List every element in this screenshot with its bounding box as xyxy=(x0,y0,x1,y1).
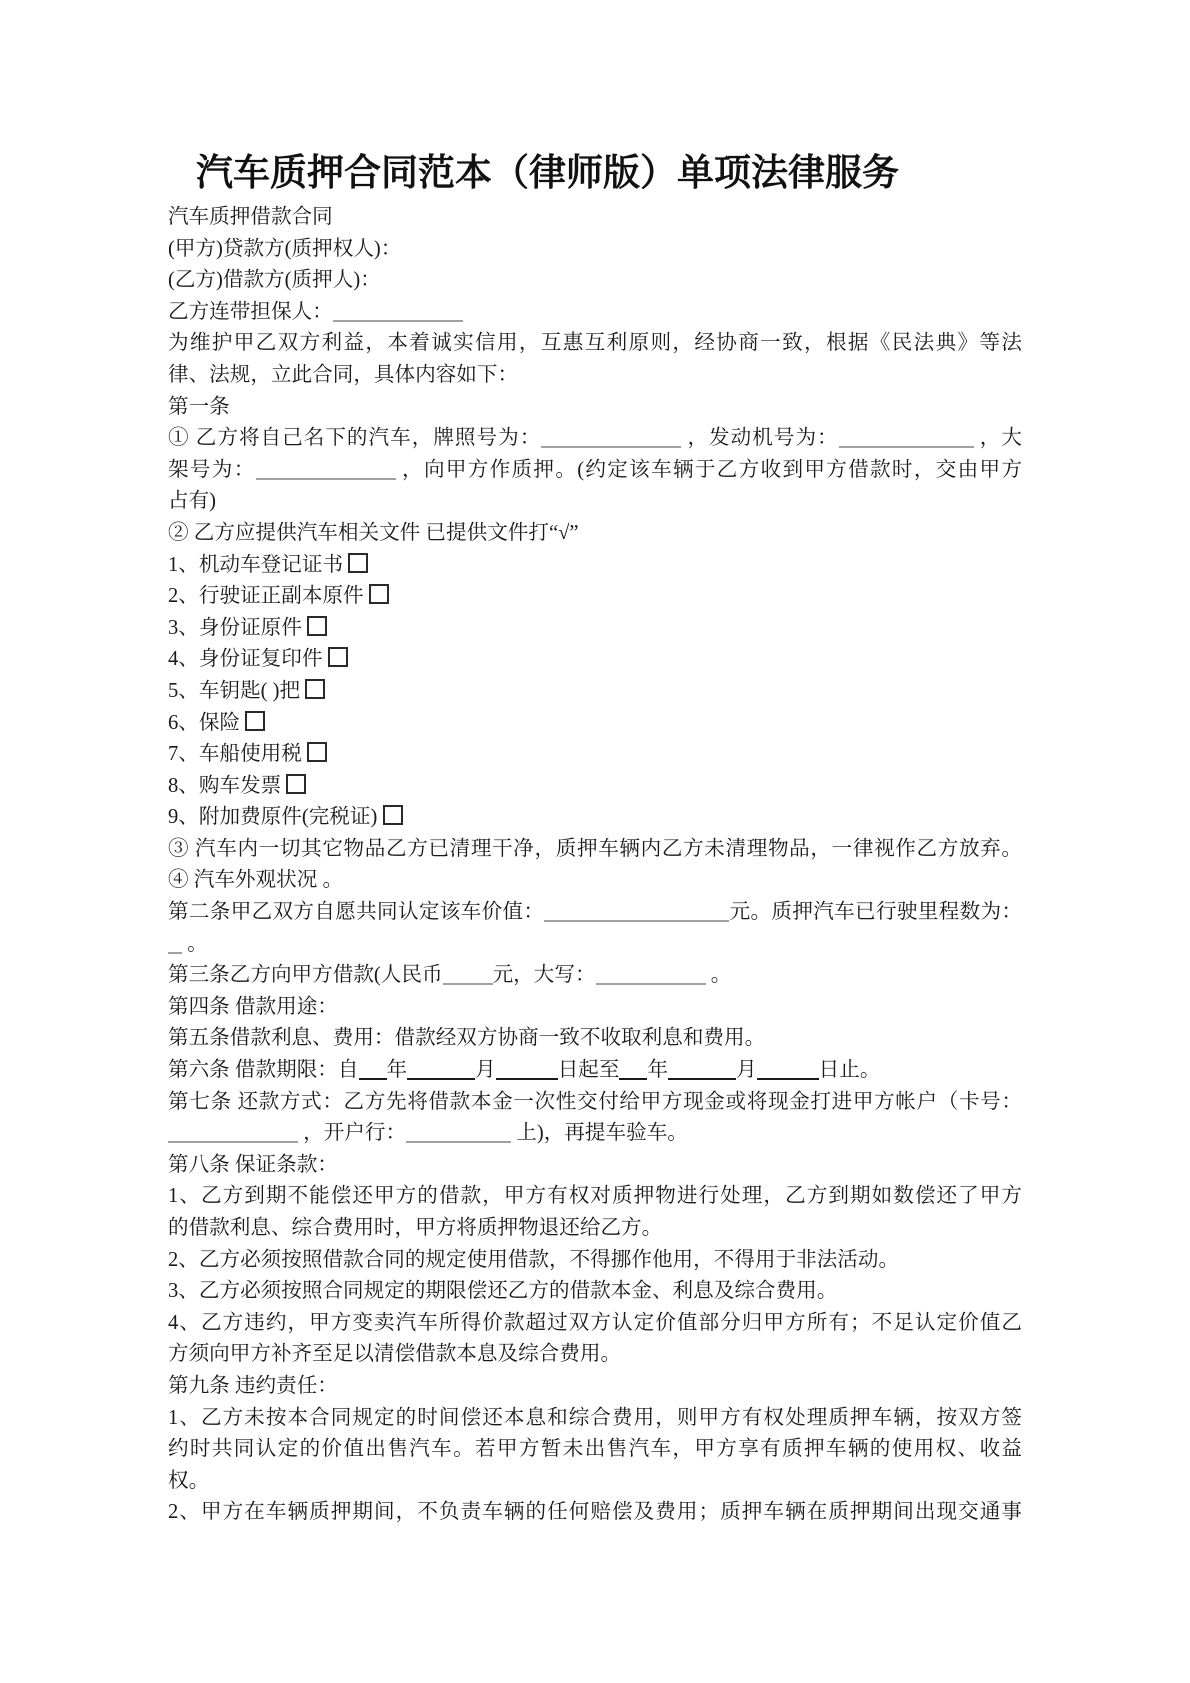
blank-field xyxy=(359,1078,387,1080)
document-line: 第九条 违约责任： xyxy=(168,1371,1022,1403)
document-line: 1、乙方未按本合同规定的时间偿还本息和综合费用，则甲方有权处理质押车辆，按双方签 xyxy=(168,1403,1022,1435)
text-segment: 。 xyxy=(182,933,208,955)
document-line: 4、乙方违约，甲方变卖汽车所得价款超过双方认定价值部分归甲方所有；不足认定价值乙 xyxy=(168,1308,1022,1340)
text-segment: 方须向甲方补齐至足以清偿借款本息及综合费用。 xyxy=(168,1343,621,1365)
text-segment: 第二条甲乙双方自愿共同认定该车价值： xyxy=(168,901,544,923)
blank-field xyxy=(544,920,729,922)
text-segment: 月 xyxy=(475,1059,496,1081)
blank-field xyxy=(168,952,182,954)
text-segment: 5、车钥匙( )把 xyxy=(168,680,305,702)
text-segment: 3、乙方必须按照合同规定的期限偿还乙方的借款本金、利息及综合费用。 xyxy=(168,1280,837,1302)
document-line: 权。 xyxy=(168,1466,1022,1498)
text-segment: 8、购车发票 xyxy=(168,775,286,797)
blank-field xyxy=(668,1078,736,1080)
text-segment: 第六条 借款期限：自 xyxy=(168,1059,359,1081)
document-line: 第一条 xyxy=(168,392,1022,424)
checkbox xyxy=(348,553,368,573)
text-segment: 4、乙方违约，甲方变卖汽车所得价款超过双方认定价值部分归甲方所有；不足认定价值乙 xyxy=(168,1312,1022,1334)
document-line: 2、行驶证正副本原件 xyxy=(168,581,1022,613)
text-segment: 。 xyxy=(706,964,732,986)
blank-field xyxy=(619,1078,647,1080)
text-segment: 的借款利息、综合费用时，甲方将质押物退还给乙方。 xyxy=(168,1217,662,1239)
document-line: 的借款利息、综合费用时，甲方将质押物退还给乙方。 xyxy=(168,1213,1022,1245)
text-segment: 架号为： xyxy=(168,459,256,481)
text-segment: 7、车船使用税 xyxy=(168,743,307,765)
text-segment: 元，大写： xyxy=(493,964,596,986)
blank-field xyxy=(333,320,463,322)
document-line: 2、甲方在车辆质押期间，不负责车辆的任何赔偿及费用；质押车辆在质押期间出现交通事 xyxy=(168,1497,1022,1529)
text-segment: ② 乙方应提供汽车相关文件 已提供文件打“√” xyxy=(168,522,579,544)
document-line: 4、身份证复印件 xyxy=(168,644,1022,676)
blank-field xyxy=(406,1141,511,1143)
text-segment: 日起至 xyxy=(558,1059,620,1081)
document-line: 3、乙方必须按照合同规定的期限偿还乙方的借款本金、利息及综合费用。 xyxy=(168,1276,1022,1308)
document-line: 1、机动车登记证书 xyxy=(168,550,1022,582)
document-line: 第六条 借款期限：自年月日起至年月日止。 xyxy=(168,1055,1022,1087)
text-segment: 上)，再提车验车。 xyxy=(511,1122,688,1144)
document-line: 架号为： ，向甲方作质押。(约定该车辆于乙方收到甲方借款时，交由甲方 xyxy=(168,455,1022,487)
document-line: 乙方连带担保人： xyxy=(168,297,1022,329)
blank-field xyxy=(168,1141,298,1143)
document-line: 2、乙方必须按照借款合同的规定使用借款，不得挪作他用，不得用于非法活动。 xyxy=(168,1245,1022,1277)
blank-field xyxy=(596,983,706,985)
text-segment: 月 xyxy=(736,1059,757,1081)
text-segment: 第五条借款利息、费用：借款经双方协商一致不收取利息和费用。 xyxy=(168,1027,765,1049)
checkbox xyxy=(328,647,348,667)
text-segment: 乙方连带担保人： xyxy=(168,301,333,323)
document-line: 约时共同认定的价值出售汽车。若甲方暂未出售汽车，甲方享有质押车辆的使用权、收益 xyxy=(168,1434,1022,1466)
text-segment: ，大 xyxy=(974,427,1022,449)
document-page: 汽车质押合同范本（律师版）单项法律服务 汽车质押借款合同(甲方)贷款方(质押权人… xyxy=(0,0,1190,1683)
document-line: ④ 汽车外观状况 。 xyxy=(168,865,1022,897)
text-segment: 权。 xyxy=(168,1470,209,1492)
checkbox xyxy=(245,711,265,731)
text-segment: ① 乙方将自己名下的汽车，牌照号为： xyxy=(168,427,541,449)
document-line: 第二条甲乙双方自愿共同认定该车价值：元。质押汽车已行驶里程数为： xyxy=(168,897,1022,929)
text-segment: 律、法规，立此合同，具体内容如下： xyxy=(168,364,518,386)
text-segment: 1、机动车登记证书 xyxy=(168,554,348,576)
text-segment: (甲方)贷款方(质押权人)： xyxy=(168,238,401,260)
text-segment: 为维护甲乙双方利益，本着诚实信用，互惠互利原则，经协商一致，根据《民法典》等法 xyxy=(168,332,1022,354)
document-line: 方须向甲方补齐至足以清偿借款本息及综合费用。 xyxy=(168,1339,1022,1371)
document-line: 8、购车发票 xyxy=(168,771,1022,803)
document-line: ③ 汽车内一切其它物品乙方已清理干净，质押车辆内乙方未清理物品，一律视作乙方放弃… xyxy=(168,834,1022,866)
blank-field xyxy=(496,1078,558,1080)
checkbox xyxy=(307,742,327,762)
blank-field xyxy=(256,478,396,480)
document-line: 第七条 还款方式：乙方先将借款本金一次性交付给甲方现金或将现金打进甲方帐户（卡号… xyxy=(168,1087,1022,1119)
document-line: 1、乙方到期不能偿还甲方的借款，甲方有权对质押物进行处理，乙方到期如数偿还了甲方 xyxy=(168,1181,1022,1213)
document-line: 7、车船使用税 xyxy=(168,739,1022,771)
text-segment: 第九条 违约责任： xyxy=(168,1375,338,1397)
document-line: 占有) xyxy=(168,486,1022,518)
document-line: 律、法规，立此合同，具体内容如下： xyxy=(168,360,1022,392)
text-segment: 2、乙方必须按照借款合同的规定使用借款，不得挪作他用，不得用于非法活动。 xyxy=(168,1249,899,1271)
blank-field xyxy=(443,983,493,985)
document-line: ，开户行： 上)，再提车验车。 xyxy=(168,1118,1022,1150)
document-line: 第五条借款利息、费用：借款经双方协商一致不收取利息和费用。 xyxy=(168,1023,1022,1055)
text-segment: 9、附加费原件(完税证) xyxy=(168,806,383,828)
text-segment: 年 xyxy=(387,1059,408,1081)
document-line: 为维护甲乙双方利益，本着诚实信用，互惠互利原则，经协商一致，根据《民法典》等法 xyxy=(168,328,1022,360)
text-segment: 约时共同认定的价值出售汽车。若甲方暂未出售汽车，甲方享有质押车辆的使用权、收益 xyxy=(168,1438,1022,1460)
document-line: 9、附加费原件(完税证) xyxy=(168,802,1022,834)
document-line: 第四条 借款用途： xyxy=(168,992,1022,1024)
text-segment: 4、身份证复印件 xyxy=(168,648,328,670)
checkbox xyxy=(305,679,325,699)
document-body: 汽车质押借款合同(甲方)贷款方(质押权人)：(乙方)借款方(质押人)：乙方连带担… xyxy=(168,202,1022,1529)
text-segment: 汽车质押借款合同 xyxy=(168,206,333,228)
text-segment: 第八条 保证条款： xyxy=(168,1154,338,1176)
document-line: ① 乙方将自己名下的汽车，牌照号为： ，发动机号为： ，大 xyxy=(168,423,1022,455)
document-line: ② 乙方应提供汽车相关文件 已提供文件打“√” xyxy=(168,518,1022,550)
document-line: 6、保险 xyxy=(168,708,1022,740)
text-segment: 2、甲方在车辆质押期间，不负责车辆的任何赔偿及费用；质押车辆在质押期间出现交通事 xyxy=(168,1501,1022,1523)
document-line: 。 xyxy=(168,929,1022,961)
text-segment: (乙方)借款方(质押人)： xyxy=(168,269,381,291)
text-segment: 第三条乙方向甲方借款(人民币 xyxy=(168,964,443,986)
page-title: 汽车质押合同范本（律师版）单项法律服务 xyxy=(168,146,1022,202)
text-segment: ，开户行： xyxy=(298,1122,406,1144)
document-content: 汽车质押合同范本（律师版）单项法律服务 汽车质押借款合同(甲方)贷款方(质押权人… xyxy=(0,0,1190,1529)
text-segment: 3、身份证原件 xyxy=(168,617,307,639)
text-segment: 占有) xyxy=(168,490,216,512)
blank-field xyxy=(839,446,974,448)
text-segment: 元。质押汽车已行驶里程数为： xyxy=(729,901,1022,923)
text-segment: 1、乙方到期不能偿还甲方的借款，甲方有权对质押物进行处理，乙方到期如数偿还了甲方 xyxy=(168,1185,1022,1207)
document-line: (乙方)借款方(质押人)： xyxy=(168,265,1022,297)
text-segment: 6、保险 xyxy=(168,712,245,734)
checkbox xyxy=(383,805,403,825)
document-line: 第八条 保证条款： xyxy=(168,1150,1022,1182)
text-segment: 2、行驶证正副本原件 xyxy=(168,585,369,607)
text-segment: ③ 汽车内一切其它物品乙方已清理干净，质押车辆内乙方未清理物品，一律视作乙方放弃… xyxy=(168,838,1022,860)
text-segment: 第一条 xyxy=(168,396,230,418)
blank-field xyxy=(757,1078,819,1080)
checkbox xyxy=(307,616,327,636)
document-line: 5、车钥匙( )把 xyxy=(168,676,1022,708)
checkbox xyxy=(286,774,306,794)
text-segment: 日止。 xyxy=(819,1059,881,1081)
text-segment: 第四条 借款用途： xyxy=(168,996,338,1018)
text-segment: 1、乙方未按本合同规定的时间偿还本息和综合费用，则甲方有权处理质押车辆，按双方签 xyxy=(168,1407,1022,1429)
text-segment: 年 xyxy=(647,1059,668,1081)
text-segment: ，向甲方作质押。(约定该车辆于乙方收到甲方借款时，交由甲方 xyxy=(396,459,1022,481)
blank-field xyxy=(407,1078,475,1080)
text-segment: ，发动机号为： xyxy=(681,427,838,449)
document-line: 汽车质押借款合同 xyxy=(168,202,1022,234)
blank-field xyxy=(541,446,681,448)
document-line: 第三条乙方向甲方借款(人民币元，大写： 。 xyxy=(168,960,1022,992)
document-line: 3、身份证原件 xyxy=(168,613,1022,645)
checkbox xyxy=(369,584,389,604)
text-segment: 第七条 还款方式：乙方先将借款本金一次性交付给甲方现金或将现金打进甲方帐户（卡号… xyxy=(168,1091,1022,1113)
document-line: (甲方)贷款方(质押权人)： xyxy=(168,234,1022,266)
text-segment: ④ 汽车外观状况 。 xyxy=(168,869,343,891)
